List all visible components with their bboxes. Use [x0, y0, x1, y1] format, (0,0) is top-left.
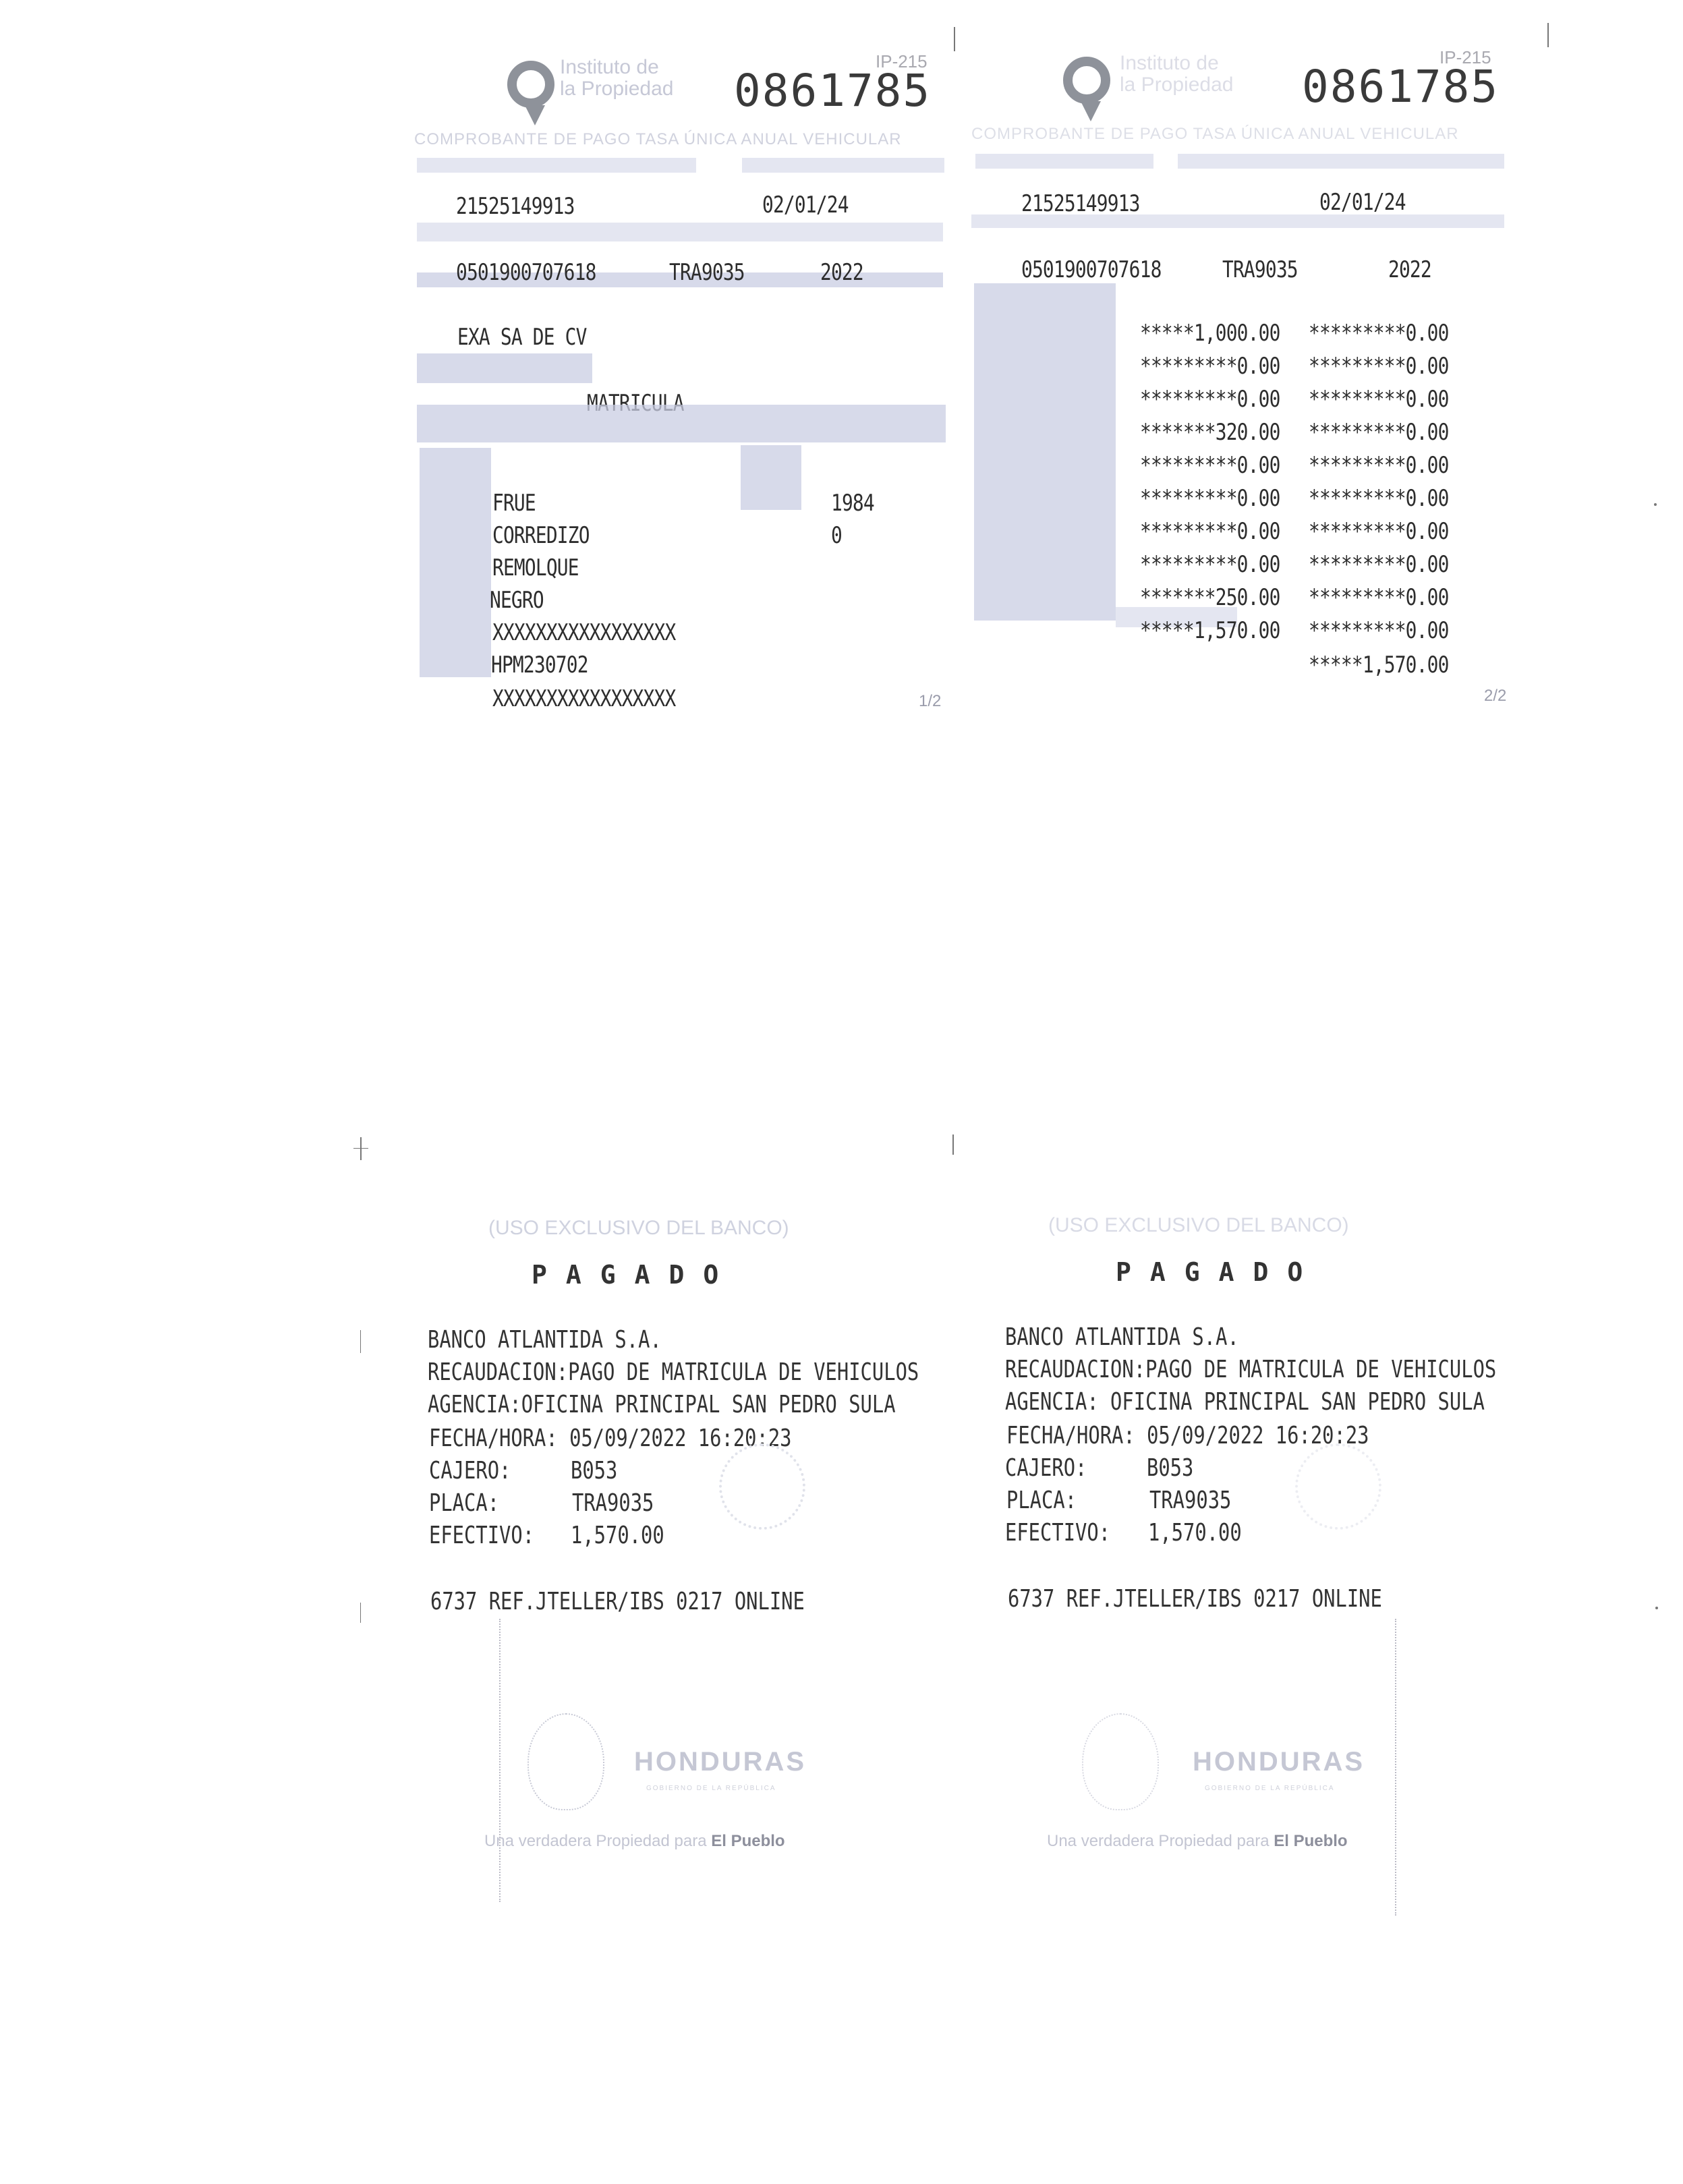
form-title: COMPROBANTE DE PAGO TASA ÚNICA ANUAL VEH… [414, 130, 902, 149]
model-value: FRUE [492, 490, 536, 517]
category-value: REMOLQUE [492, 554, 579, 581]
surcharge-amount: *********0.00 [1309, 452, 1449, 479]
vehicle-section-band [417, 405, 946, 442]
surcharge-amount: *********0.00 [1309, 584, 1449, 611]
cashier-value: B053 [571, 1457, 617, 1485]
owner-name: EXA SA DE CV [457, 324, 587, 351]
date-value: 02/01/24 [1319, 189, 1406, 216]
rtn-value: 21525149913 [1021, 190, 1140, 217]
folio-number: 0861785 [1302, 61, 1499, 113]
agency: AGENCIA:OFICINA PRINCIPAL SAN PEDRO SULA [428, 1391, 896, 1418]
cashier-label: CAJERO: [429, 1457, 511, 1485]
concept-amount: *********0.00 [1140, 551, 1280, 578]
rtn-value: 21525149913 [456, 193, 575, 220]
plate-label: PLACA: [429, 1489, 499, 1517]
crop-mark [1655, 1607, 1658, 1609]
folio-number: 0861785 [734, 65, 931, 117]
plate-value: TRA9035 [669, 259, 745, 286]
honduras-crest-icon [1082, 1713, 1159, 1810]
cashier-label: CAJERO: [1005, 1454, 1087, 1482]
surcharge-amount: *********0.00 [1309, 485, 1449, 512]
header-band [1178, 154, 1504, 169]
crop-mark [353, 1148, 368, 1149]
paid-status: PAGADO [1116, 1257, 1321, 1287]
crop-mark [952, 1134, 954, 1155]
header-band [975, 154, 1153, 169]
scan-edge-line [1395, 1619, 1397, 1916]
id-number: 0501900707618 [456, 259, 596, 286]
surcharge-amount: *********0.00 [1309, 617, 1449, 644]
type-value: CORREDIZO [492, 522, 590, 549]
honduras-crest-icon [527, 1713, 604, 1810]
form-title: COMPROBANTE DE PAGO TASA ÚNICA ANUAL VEH… [971, 125, 1459, 144]
plate-value: TRA9035 [572, 1489, 654, 1517]
transaction-reference: 6737 REF.JTELLER/IBS 0217 ONLINE [1008, 1585, 1382, 1613]
crop-mark [360, 1137, 362, 1160]
date-value: 02/01/24 [762, 192, 849, 219]
bank-name: BANCO ATLANTIDA S.A. [428, 1326, 662, 1354]
concept-label-column [974, 283, 1116, 621]
surcharge-amount: *********0.00 [1309, 353, 1449, 380]
concept-amount: *********0.00 [1140, 452, 1280, 479]
institution-name: Instituto de la Propiedad [1120, 53, 1233, 96]
plate-value: TRA9035 [1222, 256, 1298, 283]
plate-label: PLACA: [1006, 1487, 1077, 1514]
header-band [417, 158, 696, 173]
model-year-value: 1984 [831, 490, 874, 517]
date-time: FECHA/HORA: 05/09/2022 16:20:23 [1006, 1422, 1369, 1449]
grand-total: *****1,570.00 [1309, 652, 1449, 679]
transaction-reference: 6737 REF.JTELLER/IBS 0217 ONLINE [430, 1588, 805, 1615]
concept-amount: *****1,000.00 [1140, 320, 1280, 347]
watermark-logo-icon [1295, 1443, 1381, 1530]
surcharge-amount: *********0.00 [1309, 518, 1449, 545]
header-band [742, 158, 944, 173]
year-value: 2022 [820, 259, 863, 286]
slogan: Una verdadera Propiedad para El Pueblo [484, 1832, 785, 1851]
collection-type: RECAUDACION:PAGO DE MATRICULA DE VEHICUL… [1005, 1356, 1496, 1383]
concept-amount: *********0.00 [1140, 353, 1280, 380]
surcharge-amount: *********0.00 [1309, 419, 1449, 446]
field-label-column [420, 448, 491, 677]
chassis-value: XXXXXXXXXXXXXXXXX [492, 685, 675, 712]
cash-amount: 1,570.00 [571, 1522, 664, 1549]
page-number: 1/2 [919, 692, 941, 711]
concept-amount: *****1,570.00 [1140, 617, 1280, 644]
surcharge-amount: *********0.00 [1309, 551, 1449, 578]
paid-status: PAGADO [532, 1260, 737, 1290]
plate-value: TRA9035 [1149, 1487, 1231, 1514]
bank-use-header: (USO EXCLUSIVO DEL BANCO) [488, 1217, 789, 1240]
cash-label: EFECTIVO: [1005, 1519, 1110, 1547]
honduras-wordmark: HONDURAS [634, 1747, 806, 1777]
institution-name: Instituto de la Propiedad [560, 57, 673, 100]
government-subtitle: GOBIERNO DE LA REPÚBLICA [646, 1785, 776, 1792]
scan-edge-line [499, 1619, 501, 1902]
date-time: FECHA/HORA: 05/09/2022 16:20:23 [429, 1425, 792, 1452]
crop-mark [360, 1603, 361, 1623]
government-subtitle: GOBIERNO DE LA REPÚBLICA [1205, 1785, 1335, 1792]
concept-amount: *********0.00 [1140, 386, 1280, 413]
cc-value: 0 [831, 522, 842, 549]
surcharge-amount: *********0.00 [1309, 386, 1449, 413]
concept-amount: *******320.00 [1140, 419, 1280, 446]
year-label-band [741, 445, 801, 510]
crop-mark [1547, 23, 1549, 47]
concept-amount: *********0.00 [1140, 518, 1280, 545]
year-value: 2022 [1388, 256, 1431, 283]
slogan: Una verdadera Propiedad para El Pueblo [1047, 1832, 1348, 1851]
operation-type-label-band [417, 353, 592, 383]
surcharge-amount: *********0.00 [1309, 320, 1449, 347]
bank-name: BANCO ATLANTIDA S.A. [1005, 1323, 1239, 1351]
color-value: NEGRO [490, 587, 544, 614]
motor-value: XXXXXXXXXXXXXXXXX [492, 619, 675, 646]
cashier-value: B053 [1147, 1454, 1193, 1482]
collection-type: RECAUDACION:PAGO DE MATRICULA DE VEHICUL… [428, 1358, 919, 1386]
instituto-logo-icon [507, 61, 554, 108]
cash-label: EFECTIVO: [429, 1522, 534, 1549]
crop-mark [360, 1330, 361, 1353]
agency: AGENCIA: OFICINA PRINCIPAL SAN PEDRO SUL… [1005, 1388, 1485, 1416]
crop-mark [954, 27, 955, 51]
crop-mark [1654, 503, 1657, 506]
page-number: 2/2 [1484, 687, 1506, 706]
cash-amount: 1,570.00 [1148, 1519, 1242, 1547]
row-band [971, 214, 1504, 228]
concept-amount: *********0.00 [1140, 485, 1280, 512]
bank-use-header: (USO EXCLUSIVO DEL BANCO) [1048, 1214, 1349, 1237]
row-band [417, 223, 943, 241]
honduras-wordmark: HONDURAS [1193, 1747, 1365, 1777]
watermark-logo-icon [719, 1443, 805, 1530]
id-number: 0501900707618 [1021, 256, 1162, 283]
instituto-logo-icon [1063, 57, 1110, 104]
vin-value: HPM230702 [491, 652, 588, 679]
concept-amount: *******250.00 [1140, 584, 1280, 611]
